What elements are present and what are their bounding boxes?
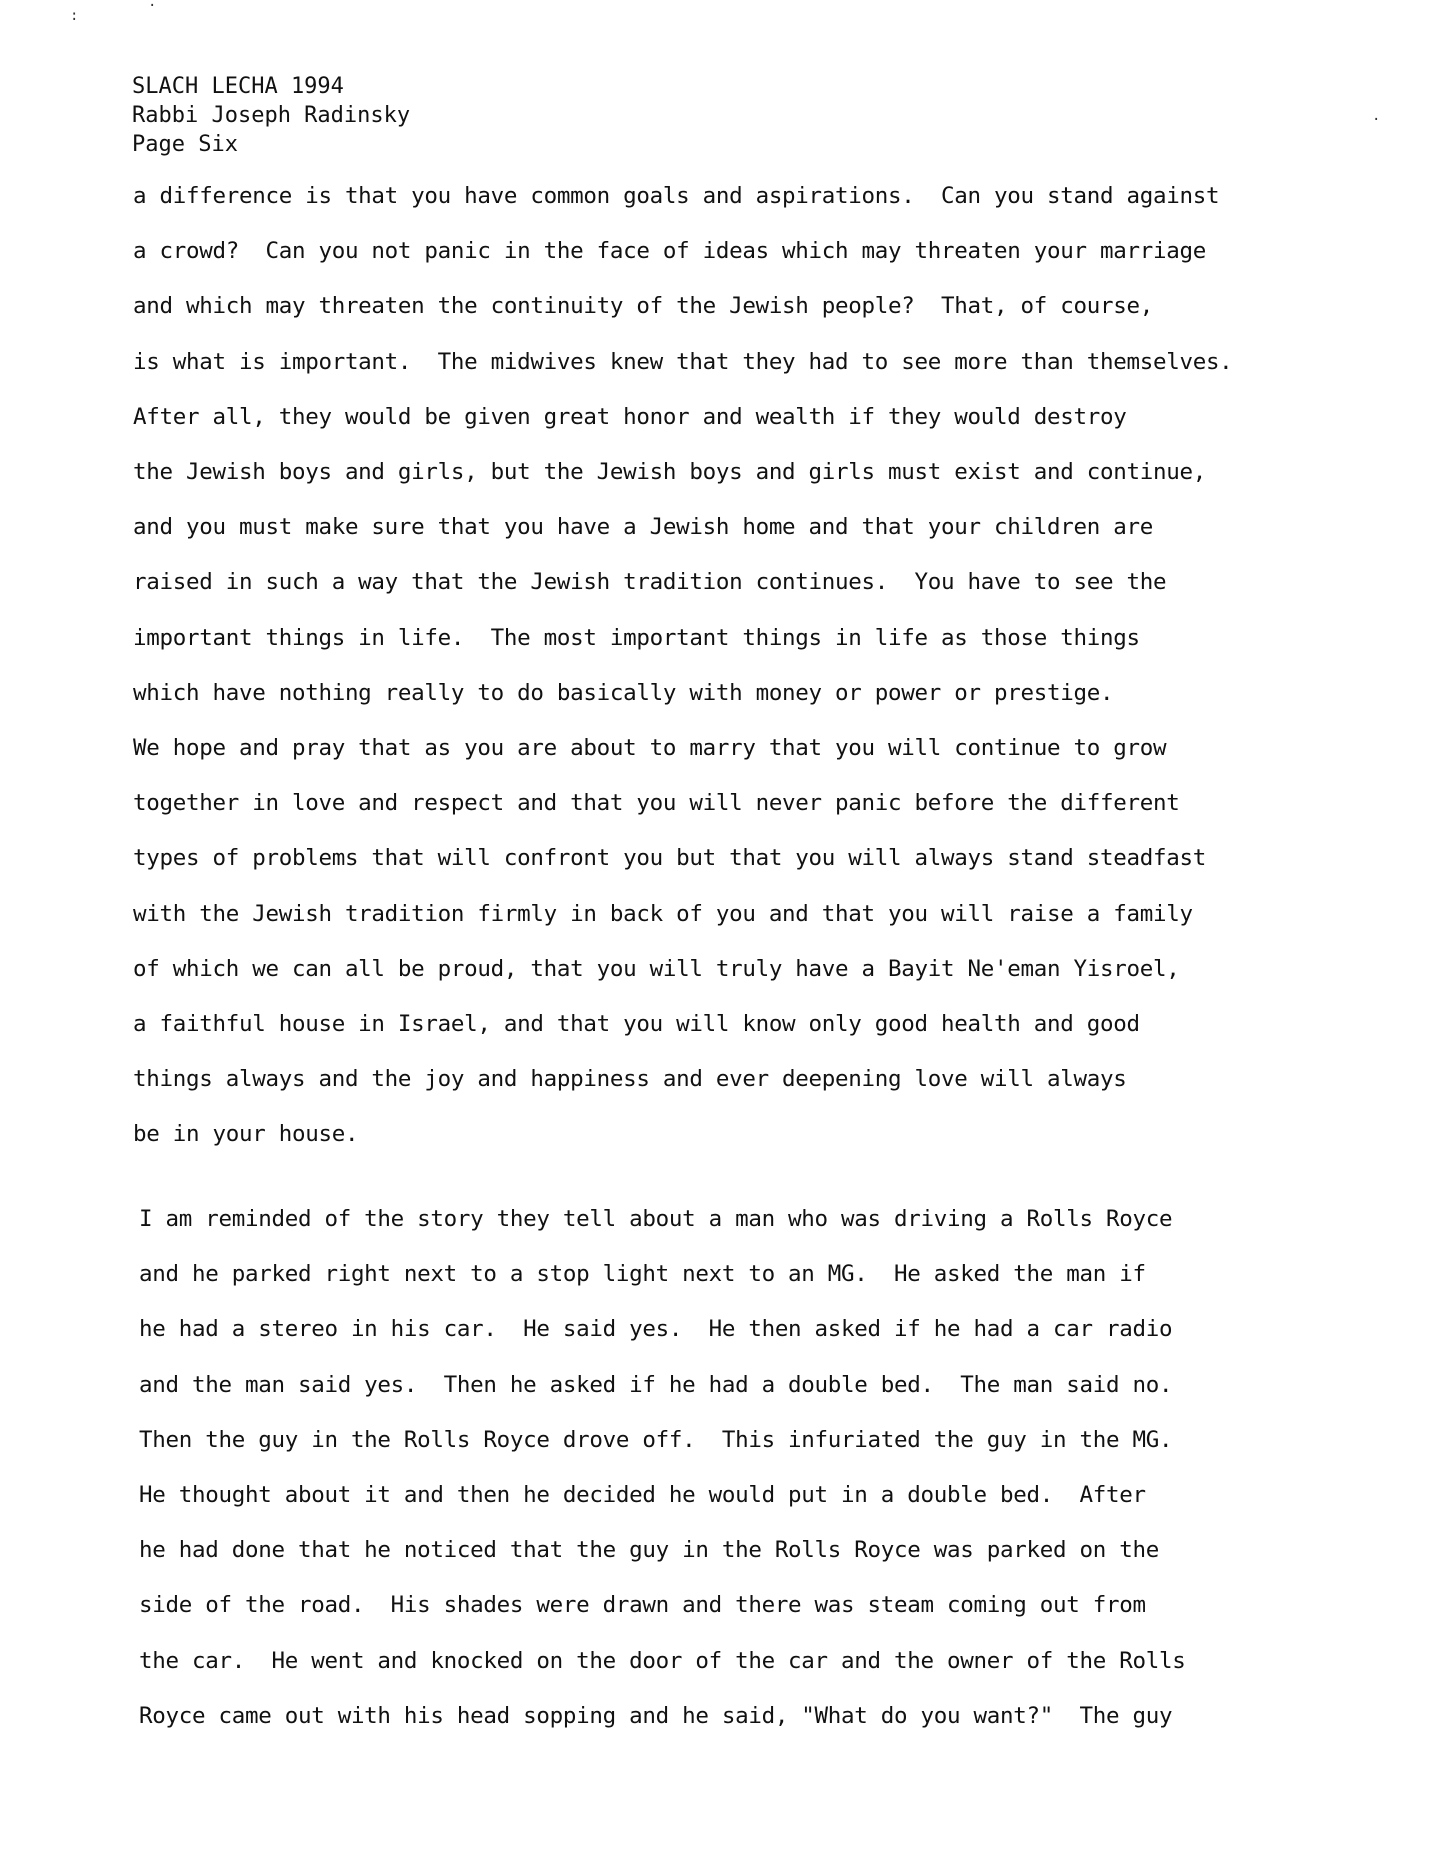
- text-line: We hope and pray that as you are about t…: [133, 735, 1166, 761]
- scan-mark: :: [70, 8, 78, 24]
- text-line: the Jewish boys and girls, but the Jewis…: [133, 459, 1206, 485]
- text-line: raised in such a way that the Jewish tra…: [133, 569, 1166, 595]
- text-line: and you must make sure that you have a J…: [133, 514, 1153, 540]
- scan-mark: .: [1372, 108, 1380, 124]
- text-line: together in love and respect and that yo…: [133, 790, 1179, 816]
- text-line: a faithful house in Israel, and that you…: [133, 1011, 1140, 1037]
- page-label: Page Six: [132, 130, 238, 159]
- text-line: important things in life. The most impor…: [133, 625, 1140, 651]
- text-line: is what is important. The midwives knew …: [133, 349, 1232, 375]
- text-line: which have nothing really to do basicall…: [133, 680, 1113, 706]
- text-line: types of problems that will confront you…: [133, 845, 1206, 871]
- document-page: : . . SLACH LECHA 1994 Rabbi Joseph Radi…: [0, 0, 1430, 1851]
- text-line: Then the guy in the Rolls Royce drove of…: [139, 1427, 1172, 1453]
- text-line: and the man said yes. Then he asked if h…: [139, 1372, 1172, 1398]
- text-line: be in your house.: [133, 1121, 358, 1147]
- scan-mark: .: [148, 0, 156, 10]
- text-line: After all, they would be given great hon…: [133, 404, 1126, 430]
- text-line: he had done that he noticed that the guy…: [139, 1537, 1159, 1563]
- text-line: the car. He went and knocked on the door…: [139, 1648, 1185, 1674]
- text-line: of which we can all be proud, that you w…: [133, 956, 1179, 982]
- document-author: Rabbi Joseph Radinsky: [132, 101, 410, 130]
- text-line: with the Jewish tradition firmly in back…: [133, 901, 1193, 927]
- text-line: side of the road. His shades were drawn …: [139, 1592, 1146, 1618]
- text-line: and he parked right next to a stop light…: [139, 1261, 1146, 1287]
- text-line: Royce came out with his head sopping and…: [139, 1703, 1172, 1729]
- text-line: and which may threaten the continuity of…: [133, 293, 1153, 319]
- text-line: he had a stereo in his car. He said yes.…: [139, 1316, 1172, 1342]
- text-line: a difference is that you have common goa…: [133, 183, 1219, 209]
- text-line: I am reminded of the story they tell abo…: [139, 1206, 1172, 1232]
- text-line: a crowd? Can you not panic in the face o…: [133, 238, 1206, 264]
- document-title: SLACH LECHA 1994: [132, 72, 344, 101]
- text-line: things always and the joy and happiness …: [133, 1066, 1126, 1092]
- text-line: He thought about it and then he decided …: [139, 1482, 1146, 1508]
